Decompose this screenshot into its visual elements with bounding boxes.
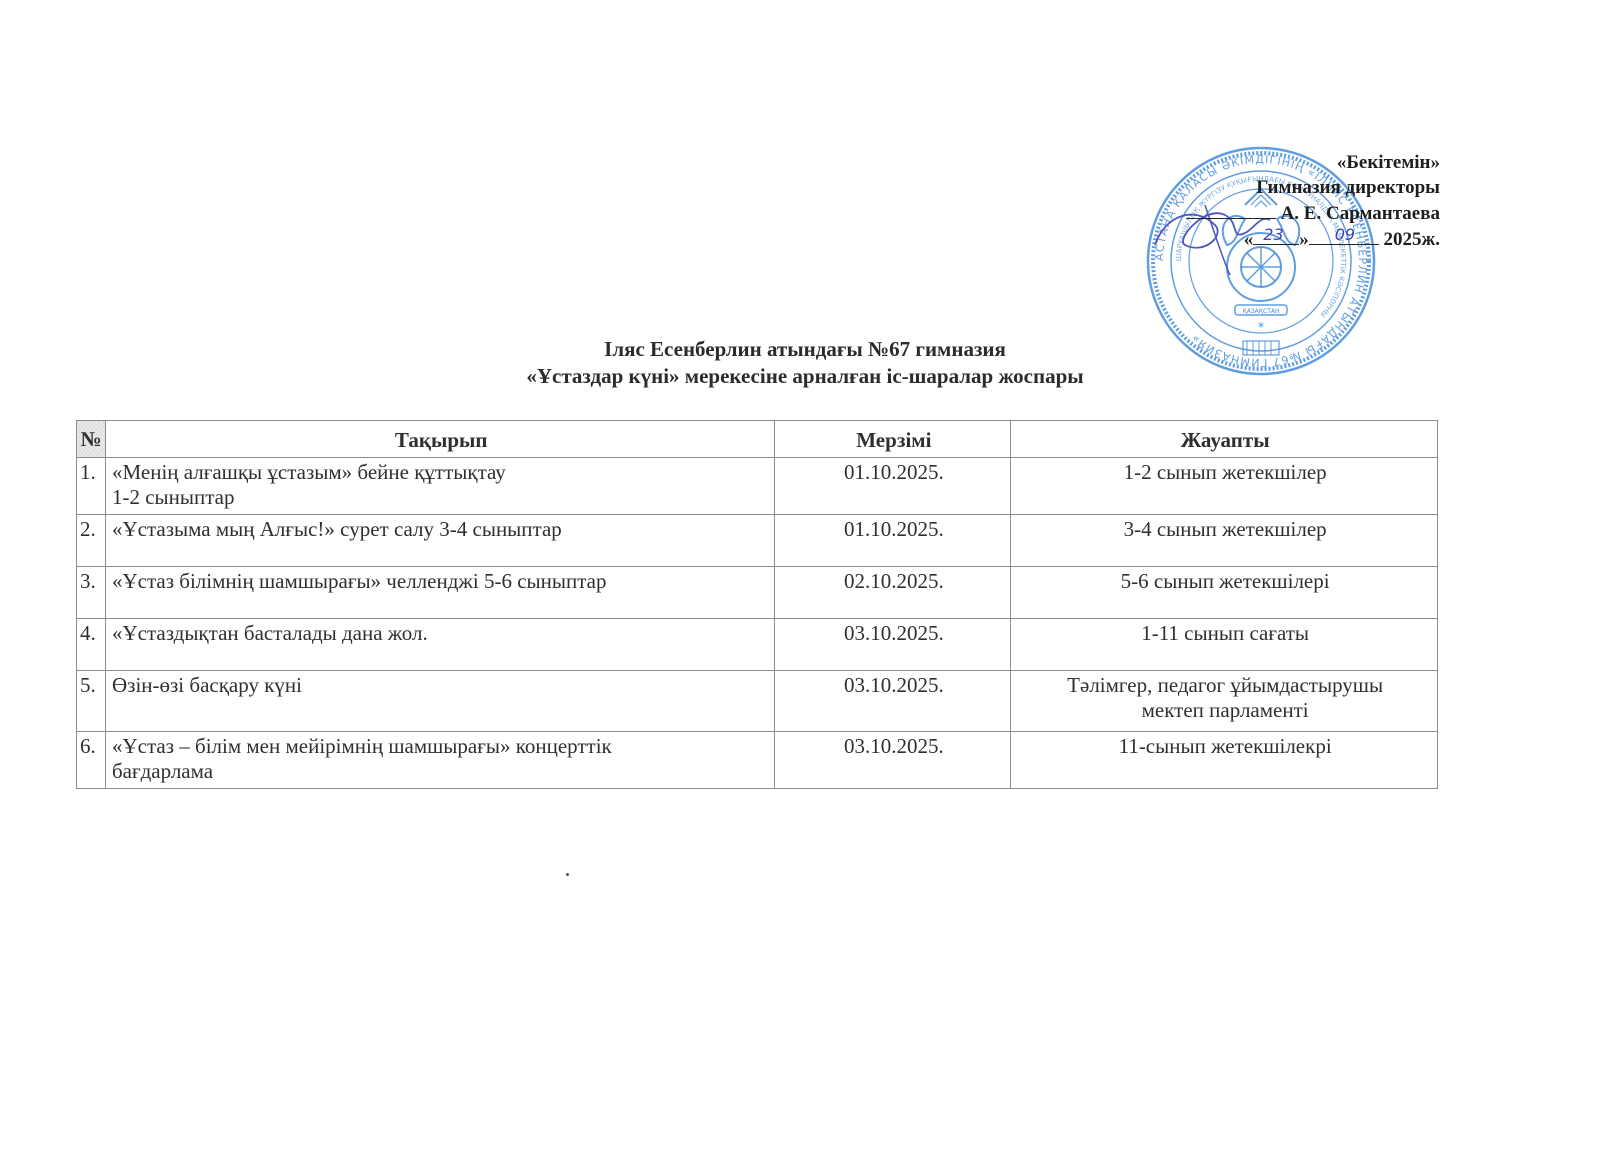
row-number: 6.: [77, 732, 106, 789]
table-row: 3.«Ұстаз білімнің шамшырағы» челленджі 5…: [77, 567, 1438, 619]
table-row: 5.Өзін-өзі басқару күні03.10.2025.Тәлімг…: [77, 671, 1438, 732]
events-plan-table: № Тақырып Мерзімі Жауапты 1.«Менің алғаш…: [76, 420, 1438, 789]
approval-name: А. Е. Сармантаева: [1281, 203, 1440, 224]
approval-heading: «Бекітемін»: [1186, 150, 1440, 175]
row-number: 1.: [77, 458, 106, 515]
row-number: 4.: [77, 619, 106, 671]
row-responsible: 5-6 сынып жетекшілері: [1011, 567, 1438, 619]
scan-speck: [566, 873, 569, 876]
handwritten-day: 23: [1263, 222, 1283, 247]
table-header-row: № Тақырып Мерзімі Жауапты: [77, 421, 1438, 458]
approval-block: «Бекітемін» Гимназия директоры А. Е. Сар…: [1186, 150, 1440, 252]
row-responsible: Тәлімгер, педагог ұйымдастырушымектеп па…: [1011, 671, 1438, 732]
row-date: 03.10.2025.: [775, 619, 1011, 671]
row-number: 5.: [77, 671, 106, 732]
row-responsible: 3-4 сынып жетекшілер: [1011, 515, 1438, 567]
row-number: 2.: [77, 515, 106, 567]
row-topic: «Ұстаз білімнің шамшырағы» челленджі 5-6…: [105, 567, 774, 619]
row-number: 3.: [77, 567, 106, 619]
svg-text:*: *: [1258, 320, 1264, 334]
approval-signature-line: А. Е. Сармантаева: [1186, 200, 1440, 226]
row-date: 03.10.2025.: [775, 671, 1011, 732]
header-responsible: Жауапты: [1011, 421, 1438, 458]
row-responsible: 11-сынып жетекшілекрі: [1011, 732, 1438, 789]
row-date: 01.10.2025.: [775, 515, 1011, 567]
approval-date-line: «23»09 2025ж.: [1186, 226, 1440, 252]
header-number: №: [77, 421, 106, 458]
approval-position: Гимназия директоры: [1186, 175, 1440, 200]
row-date: 02.10.2025.: [775, 567, 1011, 619]
table-row: 4.«Ұстаздықтан басталады дана жол.03.10.…: [77, 619, 1438, 671]
handwritten-month: 09: [1335, 222, 1355, 247]
row-topic: «Ұстаздықтан басталады дана жол.: [105, 619, 774, 671]
svg-text:ҚАЗАҚСТАН: ҚАЗАҚСТАН: [1242, 308, 1279, 315]
row-date: 03.10.2025.: [775, 732, 1011, 789]
row-topic: «Ұстаз – білім мен мейірімнің шамшырағы»…: [105, 732, 774, 789]
row-topic: Өзін-өзі басқару күні: [105, 671, 774, 732]
table-row: 6.«Ұстаз – білім мен мейірімнің шамшырағ…: [77, 732, 1438, 789]
row-responsible: 1-11 сынып сағаты: [1011, 619, 1438, 671]
approval-year: 2025ж.: [1383, 229, 1440, 250]
header-topic: Тақырып: [105, 421, 774, 458]
row-topic: «Ұстазыма мың Алғыс!» сурет салу 3-4 сын…: [105, 515, 774, 567]
row-topic: «Менің алғашқы ұстазым» бейне құттықтау1…: [105, 458, 774, 515]
table-row: 1.«Менің алғашқы ұстазым» бейне құттықта…: [77, 458, 1438, 515]
row-responsible: 1-2 сынып жетекшілер: [1011, 458, 1438, 515]
row-date: 01.10.2025.: [775, 458, 1011, 515]
table-row: 2.«Ұстазыма мың Алғыс!» сурет салу 3-4 с…: [77, 515, 1438, 567]
header-date: Мерзімі: [775, 421, 1011, 458]
